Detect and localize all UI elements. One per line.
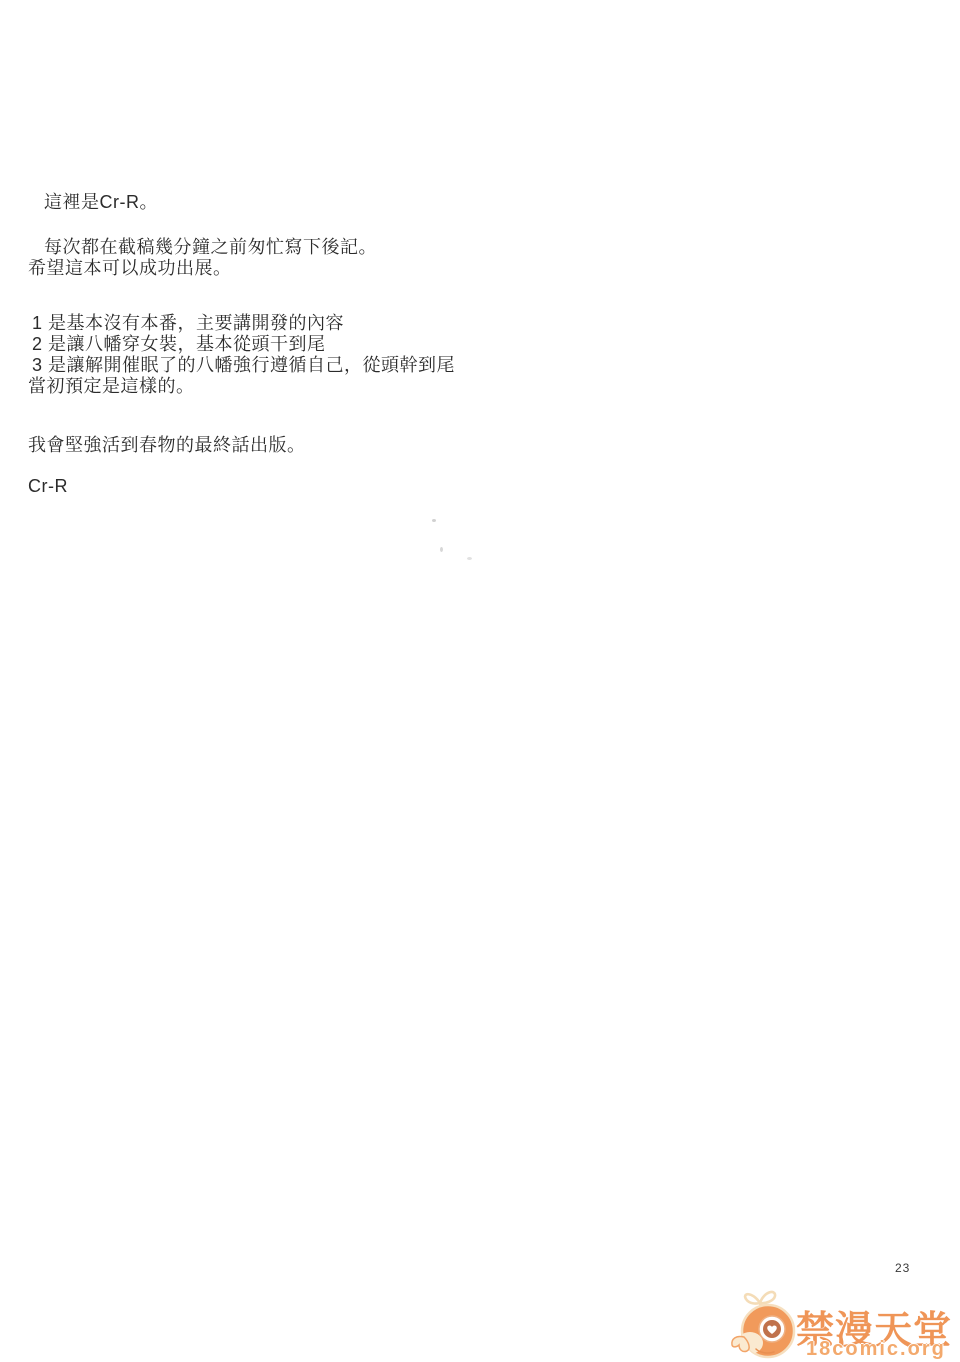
afterword-text-line: 我會堅強活到春物的最終話出版。 (28, 435, 306, 456)
whale-mascot-icon (730, 1287, 800, 1361)
scan-speck (432, 519, 436, 522)
watermark-site-url: 18comic.org (806, 1338, 946, 1361)
afterword-greeting: 這裡是Cr-R。 (28, 192, 158, 213)
afterword-text-line: 這裡是Cr-R。 (28, 192, 158, 213)
scan-speck (467, 557, 472, 560)
comic-afterword-page: 這裡是Cr-R。 每次都在截稿幾分鐘之前匆忙寫下後記。 希望這本可以成功出展。 … (0, 0, 960, 1362)
afterword-plan-list: 1 是基本沒有本番，主要講開發的內容 2 是讓八幡穿女裝，基本從頭干到尾 3 是… (28, 313, 455, 397)
afterword-signature: Cr-R (28, 476, 68, 497)
scan-speck (440, 547, 443, 552)
afterword-text-line: 希望這本可以成功出展。 (28, 258, 377, 279)
afterword-closing: 我會堅強活到春物的最終話出版。 (28, 435, 306, 456)
afterword-text-line: 每次都在截稿幾分鐘之前匆忙寫下後記。 (28, 237, 377, 258)
afterword-plan-item: 2 是讓八幡穿女裝，基本從頭干到尾 (28, 334, 455, 355)
afterword-intro: 每次都在截稿幾分鐘之前匆忙寫下後記。 希望這本可以成功出展。 (28, 237, 377, 279)
page-number: 23 (895, 1261, 910, 1275)
signature-text: Cr-R (28, 476, 68, 497)
afterword-text-line: 當初預定是這樣的。 (28, 376, 455, 397)
site-watermark: 禁漫天堂 18comic.org (722, 1283, 960, 1362)
afterword-plan-item: 3 是讓解開催眠了的八幡強行遵循自己，從頭幹到尾 (28, 355, 455, 376)
afterword-plan-item: 1 是基本沒有本番，主要講開發的內容 (28, 313, 455, 334)
